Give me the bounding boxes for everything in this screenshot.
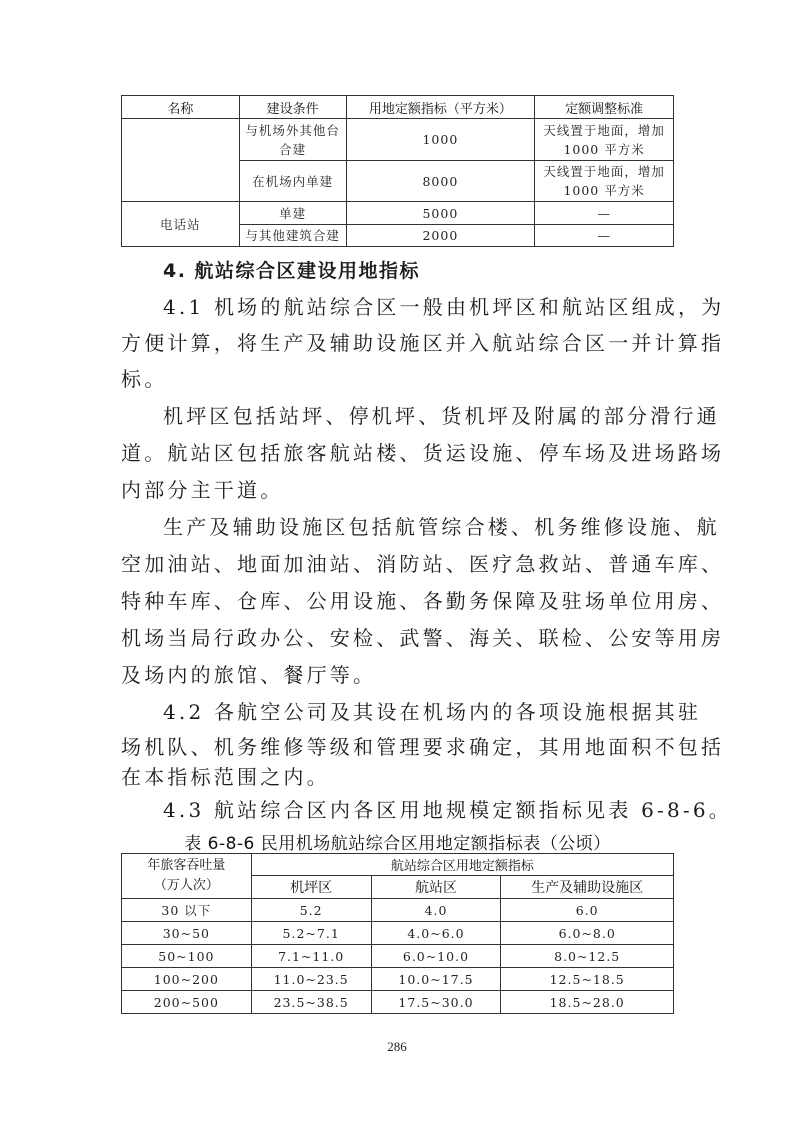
cell-volume: 30 以下 (122, 899, 252, 922)
section-heading: 4. 航站综合区建设用地指标 (163, 258, 678, 284)
cell-adjust: — (535, 202, 674, 225)
paragraph-line: 机坪区包括站坪、停机坪、货机坪及附属的部分滑行通 (163, 403, 678, 429)
cell-area: 5000 (346, 202, 535, 225)
col-header-name: 名称 (122, 96, 240, 119)
table-caption: 表 6-8-6 民用机场航站综合区用地定额指标表（公顷） (121, 829, 674, 854)
cell-volume: 50~100 (122, 945, 252, 968)
table-row: 100~200 11.0~23.5 10.0~17.5 12.5~18.5 (122, 968, 674, 991)
paragraph-line: 4.1 机场的航站综合区一般由机坪区和航站区组成，为 (163, 294, 678, 320)
cell-adjust: — (535, 225, 674, 247)
cell-condition: 与机场外其他台 合建 (239, 119, 346, 161)
paragraph-line: 生产及辅助设施区包括航管综合楼、机务维修设施、航 (163, 514, 678, 540)
cell-apron: 11.0~23.5 (251, 968, 371, 991)
table-row: 30~50 5.2~7.1 4.0~6.0 6.0~8.0 (122, 922, 674, 945)
col-header-apron: 机坪区 (251, 876, 371, 899)
cell-support: 6.0~8.0 (501, 922, 674, 945)
cell-area: 2000 (346, 225, 535, 247)
table-row: 200~500 23.5~38.5 17.5~30.0 18.5~28.0 (122, 991, 674, 1014)
header-text: （万人次） (122, 876, 251, 896)
table-header-row: 名称 建设条件 用地定额指标（平方米） 定额调整标准 (122, 96, 674, 119)
cell-volume: 100~200 (122, 968, 252, 991)
cell-apron: 5.2 (251, 899, 371, 922)
paragraph-line: 空加油站、地面加油站、消防站、医疗急救站、普通车库、 (121, 551, 676, 577)
cell-apron: 5.2~7.1 (251, 922, 371, 945)
cell-text: 天线置于地面，增加 (535, 162, 673, 181)
paragraph-line: 4.2 各航空公司及其设在机场内的各项设施根据其驻 (163, 699, 678, 725)
cell-adjust: 天线置于地面，增加 1000 平方米 (535, 161, 674, 202)
cell-apron: 7.1~11.0 (251, 945, 371, 968)
terminal-area-quota-table: 年旅客吞吐量 （万人次） 航站综合区用地定额指标 机坪区 航站区 生产及辅助设施… (121, 853, 674, 1014)
cell-terminal: 4.0 (371, 899, 501, 922)
cell-support: 6.0 (501, 899, 674, 922)
table-row: 30 以下 5.2 4.0 6.0 (122, 899, 674, 922)
cell-name: 电话站 (122, 202, 240, 247)
cell-text: 1000 平方米 (535, 140, 673, 159)
table-header-row: 年旅客吞吐量 （万人次） 航站综合区用地定额指标 (122, 854, 674, 876)
paragraph-line: 场机队、机务维修等级和管理要求确定，其用地面积不包括 (121, 734, 676, 760)
cell-volume: 200~500 (122, 991, 252, 1014)
col-header-condition: 建设条件 (239, 96, 346, 119)
cell-terminal: 10.0~17.5 (371, 968, 501, 991)
table-row: 与机场外其他台 合建 1000 天线置于地面，增加 1000 平方米 (122, 119, 674, 161)
cell-terminal: 4.0~6.0 (371, 922, 501, 945)
cell-volume: 30~50 (122, 922, 252, 945)
paragraph-line: 方便计算，将生产及辅助设施区并入航站综合区一并计算指 (121, 330, 676, 356)
cell-text: 合建 (240, 140, 346, 159)
cell-support: 12.5~18.5 (501, 968, 674, 991)
cell-condition: 在机场内单建 (239, 161, 346, 202)
paragraph-line: 及场内的旅馆、餐厅等。 (121, 662, 676, 688)
cell-adjust: 天线置于地面，增加 1000 平方米 (535, 119, 674, 161)
paragraph-line: 4.3 航站综合区内各区用地规模定额指标见表 6-8-6。 (163, 797, 678, 823)
paragraph-line: 道。航站区包括旅客航站楼、货运设施、停车场及进场路场 (121, 440, 676, 466)
cell-text: 与机场外其他台 (240, 121, 346, 140)
cell-area: 8000 (346, 161, 535, 202)
col-header-adjust: 定额调整标准 (535, 96, 674, 119)
col-header-group: 航站综合区用地定额指标 (251, 854, 673, 876)
page-number: 286 (0, 1039, 794, 1055)
cell-name-empty (122, 119, 240, 202)
cell-apron: 23.5~38.5 (251, 991, 371, 1014)
cell-condition: 单建 (239, 202, 346, 225)
cell-area: 1000 (346, 119, 535, 161)
paragraph-line: 特种车库、仓库、公用设施、各勤务保障及驻场单位用房、 (121, 588, 676, 614)
header-text: 年旅客吞吐量 (122, 856, 251, 876)
table-row: 电话站 单建 5000 — (122, 202, 674, 225)
paragraph-line: 标。 (121, 366, 676, 392)
cell-text: 1000 平方米 (535, 181, 673, 200)
cell-support: 8.0~12.5 (501, 945, 674, 968)
land-quota-table-continued: 名称 建设条件 用地定额指标（平方米） 定额调整标准 与机场外其他台 合建 10… (121, 95, 674, 247)
cell-terminal: 17.5~30.0 (371, 991, 501, 1014)
cell-text: 天线置于地面，增加 (535, 121, 673, 140)
col-header-support: 生产及辅助设施区 (501, 876, 674, 899)
paragraph-line: 机场当局行政办公、安检、武警、海关、联检、公安等用房 (121, 625, 676, 651)
cell-support: 18.5~28.0 (501, 991, 674, 1014)
cell-terminal: 6.0~10.0 (371, 945, 501, 968)
paragraph-line: 在本指标范围之内。 (121, 764, 676, 790)
table-row: 50~100 7.1~11.0 6.0~10.0 8.0~12.5 (122, 945, 674, 968)
col-header-area: 用地定额指标（平方米） (346, 96, 535, 119)
col-header-passenger-volume: 年旅客吞吐量 （万人次） (122, 854, 252, 899)
paragraph-line: 内部分主干道。 (121, 477, 676, 503)
col-header-terminal: 航站区 (371, 876, 501, 899)
cell-condition: 与其他建筑合建 (239, 225, 346, 247)
